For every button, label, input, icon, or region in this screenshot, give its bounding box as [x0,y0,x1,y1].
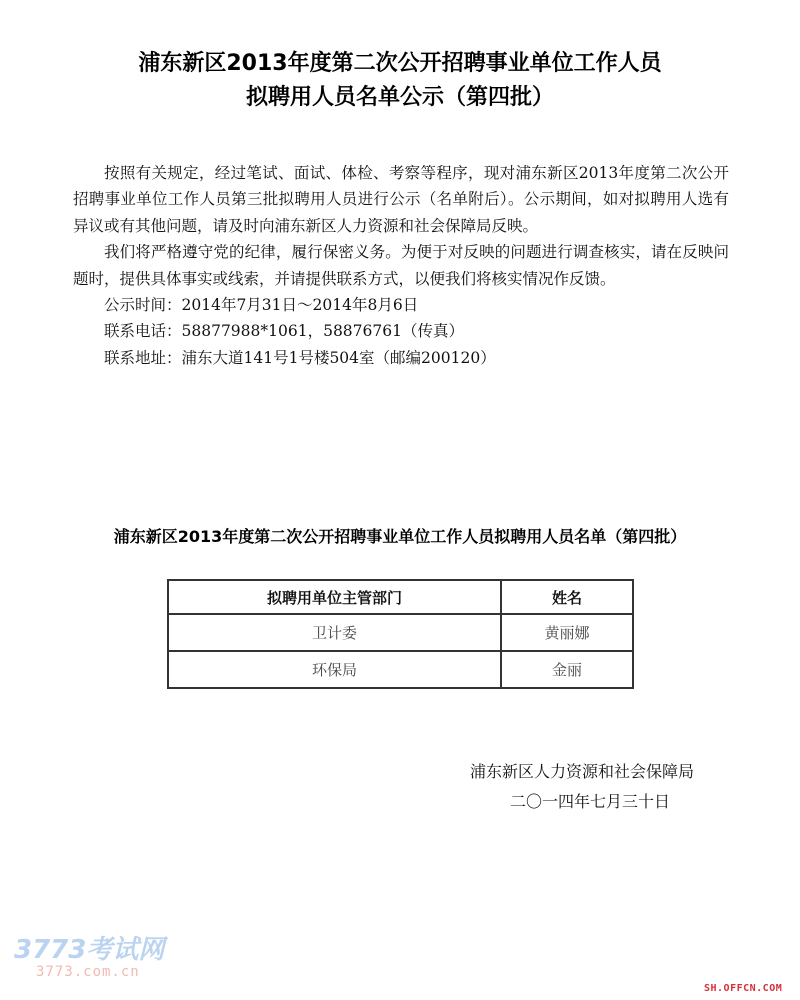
page-title-line-1: 浦东新区2013年度第二次公开招聘事业单位工作人员 [0,46,800,77]
watermark-brand: 3773考试网 [14,936,184,964]
page-title-line-2: 拟聘用人员名单公示（第四批） [0,80,800,111]
watermark-3773-logo: 3773考试网 3773.com.cn [14,936,184,980]
table-row: 卫计委 黄丽娜 [168,614,633,651]
cell-department: 卫计委 [168,614,501,651]
signature-date: 二〇一四年七月三十日 [470,787,694,817]
header-name: 姓名 [501,580,633,614]
table-row: 环保局 金丽 [168,651,633,688]
watermark-offcn: SH.OFFCN.COM [704,983,782,994]
info-period: 公示时间：2014年7月31日～2014年8月6日 [73,292,729,318]
signature-organization: 浦东新区人力资源和社会保障局 [470,757,694,787]
list-title: 浦东新区2013年度第二次公开招聘事业单位工作人员拟聘用人员名单（第四批） [0,524,800,547]
cell-department: 环保局 [168,651,501,688]
table-header-row: 拟聘用单位主管部门 姓名 [168,580,633,614]
info-address: 联系地址：浦东大道141号1号楼504室（邮编200120） [73,345,729,371]
paragraph-procedure: 按照有关规定，经过笔试、面试、体检、考察等程序，现对浦东新区2013年度第二次公… [73,160,729,239]
candidate-table: 拟聘用单位主管部门 姓名 卫计委 黄丽娜 环保局 金丽 [167,579,634,689]
cell-name: 黄丽娜 [501,614,633,651]
info-phone: 联系电话：58877988*1061，58876761（传真） [73,318,729,344]
cell-name: 金丽 [501,651,633,688]
paragraph-confidentiality: 我们将严格遵守党的纪律，履行保密义务。为便于对反映的问题进行调查核实，请在反映问… [73,239,729,292]
watermark-url: 3773.com.cn [14,964,184,980]
announcement-body: 按照有关规定，经过笔试、面试、体检、考察等程序，现对浦东新区2013年度第二次公… [73,160,729,371]
header-department: 拟聘用单位主管部门 [168,580,501,614]
signature-block: 浦东新区人力资源和社会保障局 二〇一四年七月三十日 [470,757,694,817]
